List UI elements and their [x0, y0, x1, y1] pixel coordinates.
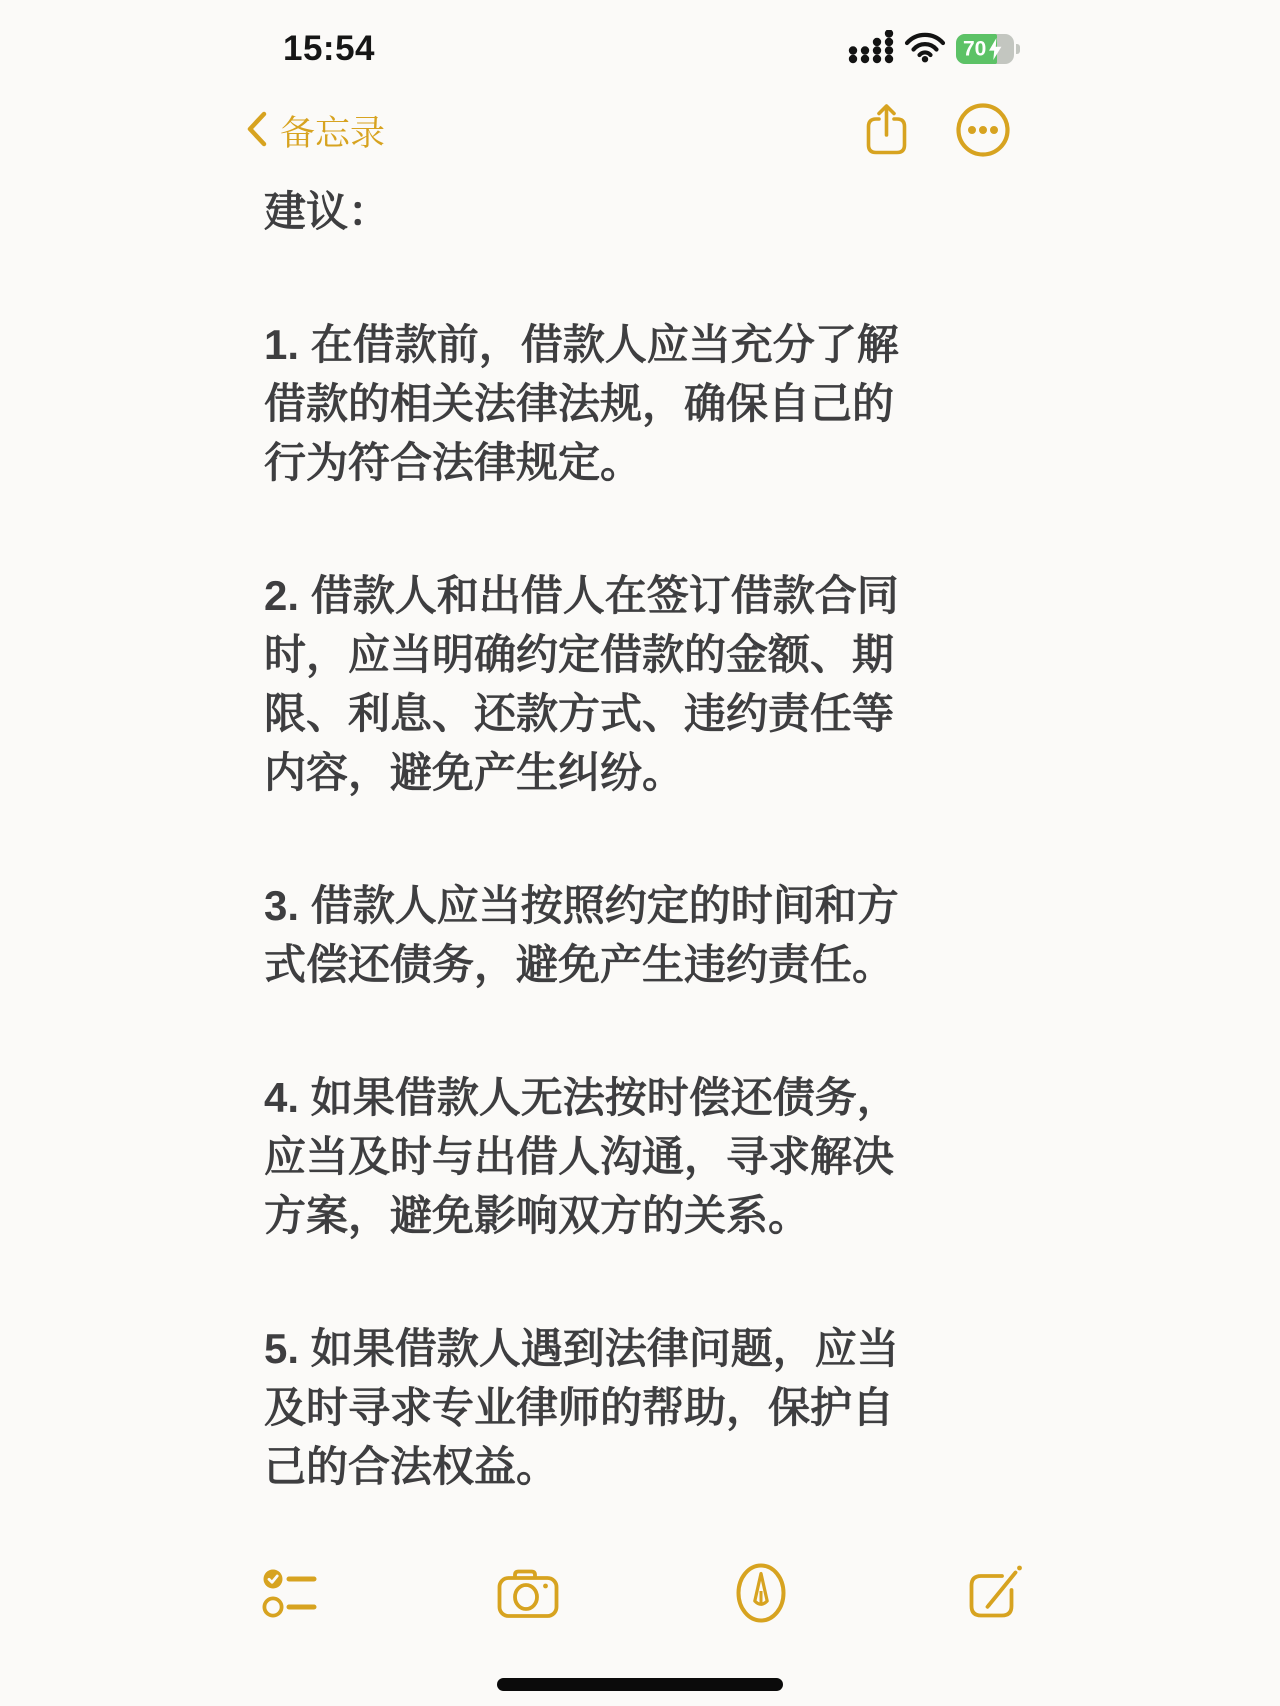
note-paragraph: 2. 借款人和出借人在签订借款合同时，应当明确约定借款的金额、期限、利息、还款方… — [264, 566, 920, 802]
note-paragraph: 5. 如果借款人遇到法律问题，应当及时寻求专业律师的帮助，保护自己的合法权益。 — [264, 1319, 920, 1496]
checklist-button[interactable] — [262, 1565, 320, 1624]
nav-actions — [863, 101, 1012, 162]
compose-icon — [964, 1563, 1024, 1626]
ellipsis-circle-icon — [954, 101, 1012, 162]
nav-bar: 备忘录 — [246, 96, 1012, 166]
share-icon — [863, 101, 910, 161]
checklist-icon — [262, 1565, 320, 1624]
markup-pen-icon — [735, 1562, 787, 1627]
battery-cap — [1016, 44, 1020, 54]
bottom-toolbar — [262, 1558, 1024, 1630]
home-indicator[interactable] — [497, 1678, 783, 1691]
compose-button[interactable] — [964, 1563, 1024, 1626]
camera-button[interactable] — [497, 1566, 559, 1623]
note-heading: 建议： — [264, 182, 920, 241]
note-editor[interactable]: 建议： 1. 在借款前，借款人应当充分了解借款的相关法律法规，确保自己的行为符合… — [264, 182, 920, 1570]
wifi-icon — [903, 30, 947, 68]
share-button[interactable] — [863, 101, 910, 161]
camera-icon — [497, 1566, 559, 1623]
battery-icon: 70 — [956, 34, 1014, 64]
status-bar: 15:54 70 — [283, 24, 1014, 74]
iphone-notes-screen: 15:54 70 — [0, 0, 1280, 1706]
charging-bolt-icon — [989, 38, 1002, 65]
note-paragraph: 1. 在借款前，借款人应当充分了解借款的相关法律法规，确保自己的行为符合法律规定… — [264, 315, 920, 492]
more-button[interactable] — [954, 101, 1012, 162]
status-time: 15:54 — [283, 29, 375, 69]
chevron-left-icon — [246, 110, 268, 153]
back-button[interactable]: 备忘录 — [246, 106, 385, 156]
status-icons: 70 — [848, 30, 1014, 69]
note-paragraph: 4. 如果借款人无法按时偿还债务，应当及时与出借人沟通，寻求解决方案，避免影响双… — [264, 1068, 920, 1245]
back-label: 备忘录 — [280, 106, 385, 156]
note-paragraph: 3. 借款人应当按照约定的时间和方式偿还债务，避免产生违约责任。 — [264, 876, 920, 994]
cellular-signal-icon — [848, 30, 894, 69]
battery-percent: 70 — [963, 39, 986, 60]
markup-button[interactable] — [735, 1562, 787, 1627]
